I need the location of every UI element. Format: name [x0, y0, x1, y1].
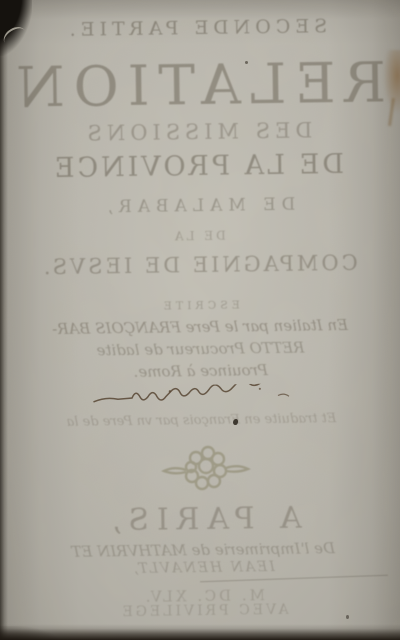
- subtitle-de-malabar: DE MALABAR,: [0, 193, 399, 219]
- imprint-city: A PARIS,: [3, 499, 400, 540]
- paper-fleck: [245, 61, 248, 64]
- author-line-3: Prouince à Rome.: [1, 359, 400, 383]
- handwritten-ink-inscription-icon: [92, 383, 292, 412]
- main-title: RELATION: [0, 50, 397, 120]
- part-label: SECONDE PARTIE.: [0, 14, 396, 42]
- book-title-page-photo: SECONDE PARTIE. RELATION DES MISSIONS DE…: [0, 0, 400, 640]
- gutter-edge-shadow: [0, 0, 8, 640]
- author-line-1: En Italien par le Pere FRANÇOIS BAR-: [0, 315, 400, 339]
- subtitle-de-la-province: DE LA PROVINCE: [0, 148, 398, 185]
- translator-line: Et traduite en François par vn Pere de l…: [1, 410, 400, 431]
- floral-rosette-ornament-icon: [158, 440, 254, 504]
- subtitle-des-missions: DES MISSIONS: [0, 117, 398, 147]
- paper-fleck: [346, 615, 349, 619]
- mirrored-showthrough-text: SECONDE PARTIE. RELATION DES MISSIONS DE…: [0, 0, 400, 640]
- subtitle-compagnie: COMPAGNIE DE IESVS.: [0, 250, 399, 280]
- escrite-label: ESCRITE: [0, 296, 400, 315]
- bottom-left-corner-shadow: [0, 626, 62, 640]
- author-line-2: RETTO Procureur de ladite: [0, 337, 400, 361]
- subtitle-de-la: DE LA: [0, 226, 399, 246]
